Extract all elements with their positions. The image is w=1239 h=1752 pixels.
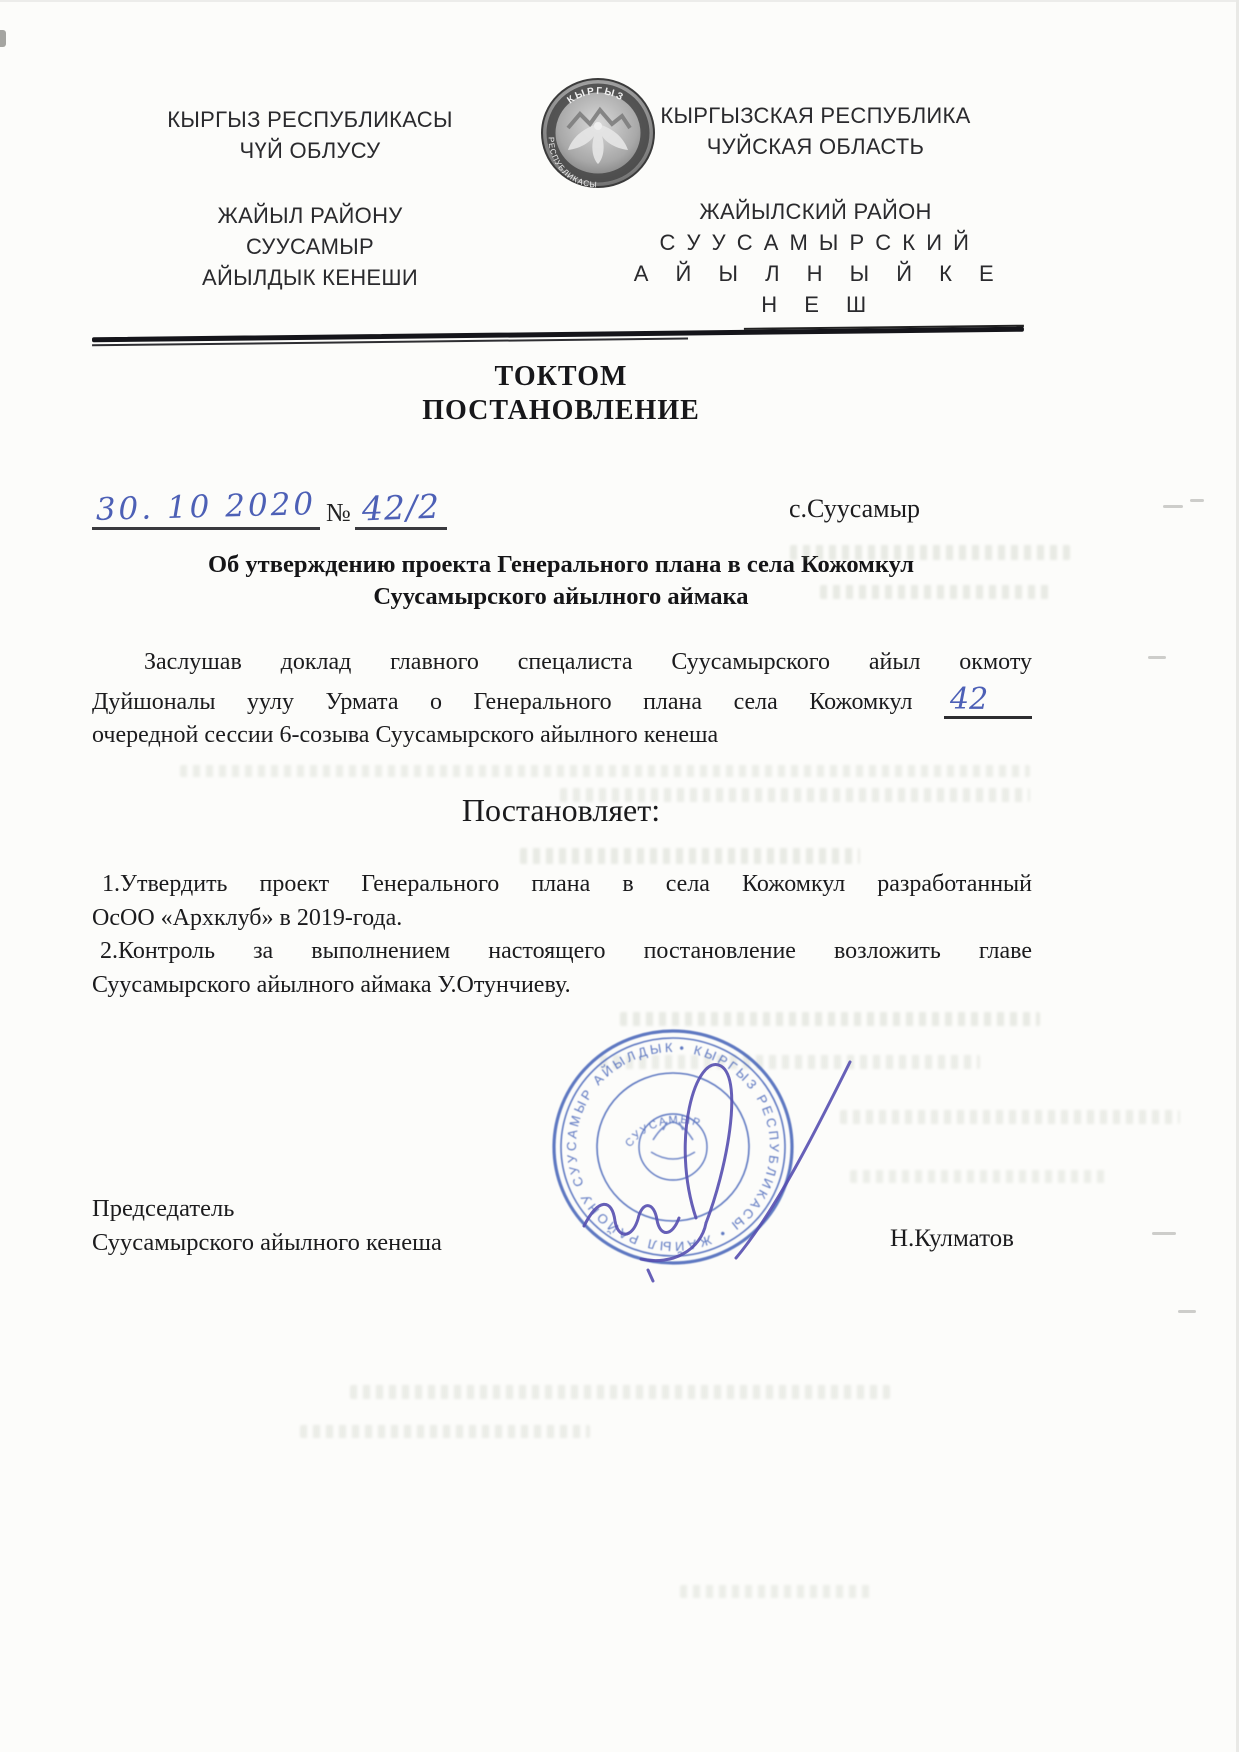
org-council-ky: АЙЫЛДЫК КЕНЕШИ <box>150 262 470 293</box>
number-sign: № <box>326 498 351 528</box>
preamble-line-2: Дуйшоналы уулу Урмата о Генерального пла… <box>92 680 1032 720</box>
letterhead-gap <box>628 162 1003 196</box>
org-rayon-ru: ЖАЙЫЛСКИЙ РАЙОН <box>628 196 1003 227</box>
scan-artifact <box>1163 505 1183 508</box>
preamble-line-2-text: Дуйшоналы уулу Урмата о Генерального пла… <box>92 689 912 715</box>
scan-artifact <box>1152 1232 1176 1235</box>
resolution-items: 1.Утвердить проект Генерального плана в … <box>92 868 1032 1002</box>
scan-artifact <box>1148 656 1166 659</box>
preamble-line-1: Заслушав доклад главного спецалиста Суус… <box>92 646 1032 680</box>
bleed-through-text <box>820 585 1050 599</box>
bleed-through-text <box>790 545 1070 560</box>
signature-role-line-2: Суусамырского айылного кенеша <box>92 1226 612 1260</box>
scan-artifact <box>1190 499 1204 502</box>
bleed-through-text <box>680 1585 870 1598</box>
bleed-through-text <box>520 848 860 864</box>
signature-role-line-1: Председатель <box>92 1192 612 1226</box>
bleed-through-text <box>180 765 1030 777</box>
letterhead-russian: КЫРГЫЗСКАЯ РЕСПУБЛИКА ЧУЙСКАЯ ОБЛАСТЬ ЖА… <box>628 100 1003 320</box>
org-village-ru: С У У С А М Ы Р С К И Й <box>628 227 1003 258</box>
org-oblast-ru: ЧУЙСКАЯ ОБЛАСТЬ <box>628 131 1003 162</box>
bleed-through-text <box>350 1385 890 1399</box>
title-postanovlenie: ПОСТАНОВЛЕНИЕ <box>92 394 1030 428</box>
resolution-item-2: 2.Контроль за выполнением настоящего пос… <box>92 935 1032 1002</box>
org-village-ky: СУУСАМЫР <box>150 231 470 262</box>
bleed-through-text <box>560 788 1030 802</box>
org-republic-ru: КЫРГЫЗСКАЯ РЕСПУБЛИКА <box>628 100 1003 131</box>
letterhead-gap <box>150 166 470 200</box>
letterhead-kyrgyz: КЫРГЫЗ РЕСПУБЛИКАСЫ ЧҮЙ ОБЛУСУ ЖАЙЫЛ РАЙ… <box>150 104 470 293</box>
handwritten-date: 30. 10 2020 <box>92 486 321 530</box>
org-oblast-ky: ЧҮЙ ОБЛУСУ <box>150 135 470 166</box>
resolution-item-1: 1.Утвердить проект Генерального плана в … <box>92 868 1032 935</box>
item-1-line-2: ОсОО «Архклуб» в 2019-года. <box>92 902 1032 936</box>
item-2-line-2: Суусамырского айылного аймака У.Отунчиев… <box>92 969 1032 1003</box>
bleed-through-text <box>300 1425 590 1438</box>
preamble-line-3: очередной сессии 6-созыва Суусамырского … <box>92 719 1032 753</box>
place-name: с.Суусамыр <box>789 494 920 524</box>
item-1-line-1: 1.Утвердить проект Генерального плана в … <box>92 868 1032 902</box>
signature-name: Н.Кулматов <box>890 1225 1014 1253</box>
scan-left-smudge <box>0 30 6 47</box>
handwritten-session-number-line: 42 <box>944 680 1032 720</box>
document-title: ТОКТОМ ПОСТАНОВЛЕНИЕ <box>92 360 1030 428</box>
handwritten-session-number: 42 <box>950 682 988 717</box>
org-council-ru: А Й Ы Л Н Ы Й К Е Н Е Ш <box>628 258 1003 320</box>
signature-role: Председатель Суусамырского айылного кене… <box>92 1192 612 1260</box>
bleed-through-text <box>840 1110 1180 1124</box>
scan-artifact <box>1178 1310 1196 1313</box>
preamble-paragraph: Заслушав доклад главного спецалиста Суус… <box>92 646 1032 753</box>
header-divider-rule <box>92 325 1024 350</box>
org-republic-ky: КЫРГЫЗ РЕСПУБЛИКАСЫ <box>150 104 470 135</box>
date-number-row: 30. 10 2020 № 42/2 <box>92 488 652 530</box>
handwritten-number: 42/2 <box>354 486 447 528</box>
scan-top-edge <box>0 0 1239 2</box>
scanned-decree-document: КЫРГЫЗ РЕСПУБЛИКАСЫ ЧҮЙ ОБЛУСУ ЖАЙЫЛ РАЙ… <box>0 0 1239 1752</box>
org-rayon-ky: ЖАЙЫЛ РАЙОНУ <box>150 200 470 231</box>
item-2-line-1: 2.Контроль за выполнением настоящего пос… <box>92 935 1032 969</box>
title-toktom: ТОКТОМ <box>92 360 1030 394</box>
